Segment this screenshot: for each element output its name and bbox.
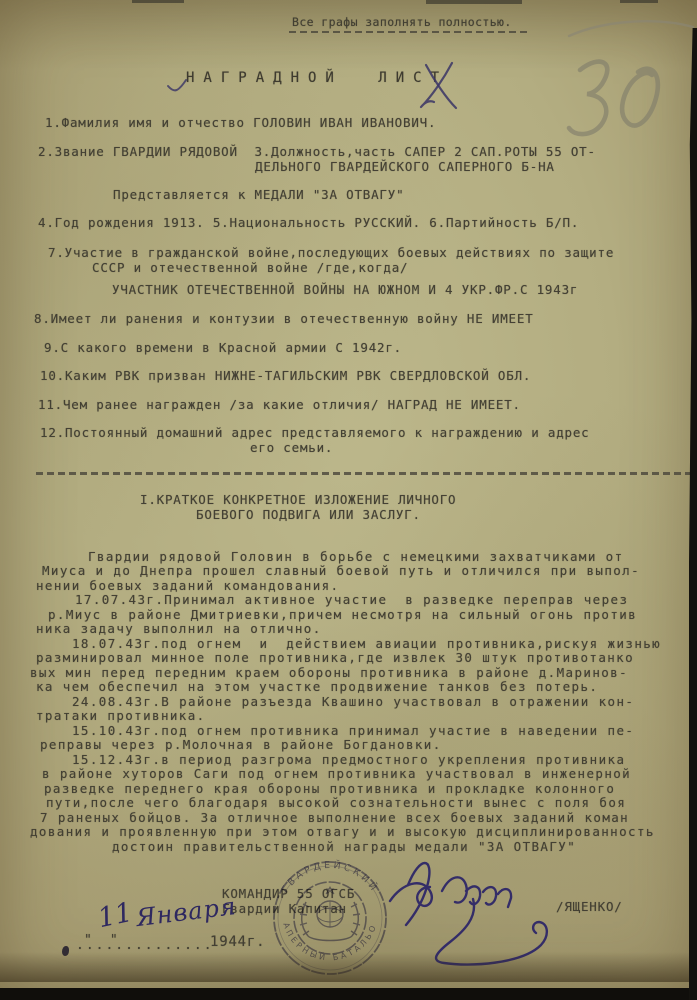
citation-line: 24.08.43г.В районе разъезда Квашино учас…: [72, 694, 634, 709]
photo-right-edge: [689, 28, 697, 1000]
citation-line: 7 раненых бойцов. За отличное выполнение…: [40, 810, 629, 825]
fill-all-fields-note: Все графы заполнять полностью.: [292, 15, 512, 29]
citation-line: 15.10.43г.под огнем противника принимал …: [72, 723, 634, 738]
date-day-handwritten: 11: [95, 897, 135, 934]
citation-line: пути,после чего благодаря высокой сознат…: [46, 795, 626, 810]
citation-line: реправы через р.Молочная в районе Богдан…: [40, 737, 442, 752]
photo-bottom-edge: [0, 988, 697, 1000]
field-war-participation-cont: СССР и отечественной войне /где,когда/: [92, 260, 408, 275]
citation-line: ника задачу выполнил на отлично.: [36, 621, 322, 636]
top-edge-artifact: [132, 0, 184, 3]
pencil-page-number: [552, 52, 662, 147]
document-title: НАГРАДНОЙ ЛИСТ: [186, 70, 448, 86]
x-mark-ink: [416, 60, 462, 112]
award-sheet-photo: Все графы заполнять полностью. НАГРАДНОЙ…: [0, 0, 697, 1000]
svg-text:ГВАРДЕЙСКИЙ: ГВАРДЕЙСКИЙ: [280, 859, 382, 895]
citation-line: в районе хуторов Саги под огнем противни…: [42, 766, 631, 781]
field-war-participation: 7.Участие в гражданской войне,последующи…: [48, 245, 614, 260]
section-heading-line1: I.КРАТКОЕ КОНКРЕТНОЕ ИЗЛОЖЕНИЕ ЛИЧНОГО: [140, 492, 456, 507]
citation-line: разминировал минное поле противника,где …: [36, 650, 634, 665]
field-army-since: 9.С какого времени в Красной армии С 194…: [44, 340, 402, 355]
field-drafted-by: 10.Каким РВК призван НИЖНЕ-ТАГИЛЬСКИМ РВ…: [40, 368, 531, 383]
check-tick-ink: [166, 76, 188, 98]
citation-line: Гвардии рядовой Головин в борьбе с немец…: [88, 549, 624, 564]
top-edge-artifact: [620, 0, 658, 3]
document-paper: Все графы заполнять полностью. НАГРАДНОЙ…: [0, 0, 697, 992]
field-previous-awards: 11.Чем ранее награжден /за какие отличия…: [38, 397, 521, 412]
citation-line: 15.12.43г.в период разгрома предмостного…: [72, 752, 625, 767]
note-underline: [289, 31, 531, 33]
citation-line: разведке переднего края обороны противни…: [44, 781, 615, 796]
section-heading-line2: БОЕВОГО ПОДВИГА ИЛИ ЗАСЛУГ.: [196, 507, 421, 522]
field-presented-for: Представляется к МЕДАЛИ "ЗА ОТВАГУ": [113, 187, 404, 202]
citation-line: ка чем обеспечил на этом участке продвиж…: [36, 679, 598, 694]
pencil-stroke: [565, 12, 697, 42]
date-month-handwritten: Января: [135, 892, 238, 932]
citation-line: тратаки противника.: [36, 708, 206, 723]
paper-bottom-shadow: [0, 952, 697, 982]
field-wounds: 8.Имеет ли ранения и контузии в отечеств…: [34, 311, 534, 326]
citation-line: 18.07.43г.под огнем и действием авиации …: [72, 636, 661, 651]
section-separator: [36, 472, 691, 475]
citation-line: вых мин перед передним краем обороны про…: [30, 665, 628, 680]
citation-line: 17.07.43г.Принимал активное участие в ра…: [75, 592, 628, 607]
field-name: 1.Фамилия имя и отчество ГОЛОВИН ИВАН ИВ…: [45, 115, 436, 130]
citation-line: нении боевых заданий командования.: [36, 578, 339, 593]
field-home-address-cont: его семьи.: [250, 440, 333, 455]
field-home-address: 12.Постоянный домашний адрес представляе…: [40, 425, 590, 440]
citation-line: Миуса и до Днепра прошел славный боевой …: [42, 563, 640, 578]
citation-line: дования и проявленную при этом отвагу и …: [30, 824, 655, 839]
date-year: 1944г.: [210, 934, 265, 950]
citation-line: р.Миус в районе Дмитриевки,причем несмот…: [48, 607, 637, 622]
field-war-participation-answer: УЧАСТНИК ОТЕЧЕСТВЕННОЙ ВОЙНЫ НА ЮЖНОМ И …: [112, 282, 578, 297]
field-birth-nationality-party: 4.Год рождения 1913. 5.Национальность РУ…: [38, 215, 579, 230]
field-unit-cont: ДЕЛЬНОГО ГВАРДЕЙСКОГО САПЕРНОГО Б-НА: [255, 159, 555, 174]
date-dotted-line: ..............: [76, 938, 214, 953]
top-edge-artifact: [426, 0, 522, 4]
field-rank-unit: 2.Звание ГВАРДИИ РЯДОВОЙ 3.Должность,час…: [38, 144, 596, 159]
